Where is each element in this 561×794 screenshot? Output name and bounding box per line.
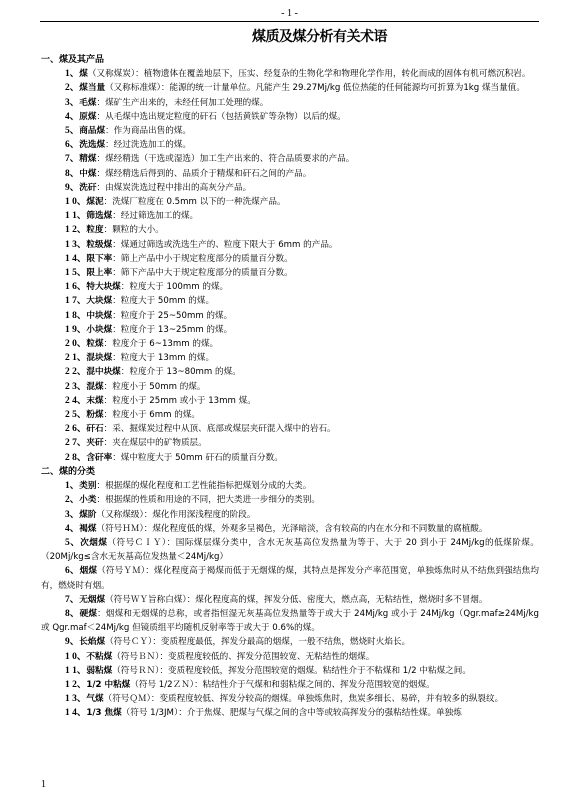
term-label: 大块煤 [86,296,112,306]
term-definition: ：根据煤的性质和用途的不同，把大类进一步细分的类别。 [96,495,319,505]
term-definition: ：粒度大于 13mm 的煤。 [112,353,214,363]
definition-item: 2、小类：根据煤的性质和用途的不同，把大类进一步细分的类别。 [41,493,539,507]
term-definition: （符号ＣＩＹ）：国际煤层煤分类中，含水无灰基高位发热量为等于、大于 20 到小于… [41,538,539,562]
term-definition: ：根据煤的煤化程度和工艺性能指标把煤划分成的大类。 [96,481,311,491]
term-definition: ：煤经精选（干选或湿选）加工生产出来的、符合品质要求的产品。 [96,154,354,164]
item-number: 1、 [65,481,79,491]
page-header-number: - 1 - [40,8,539,20]
item-number: 2 7、 [65,438,86,448]
term-definition: ：粒度大于 50mm 的煤。 [112,296,214,306]
document-body: 一、煤及其产品1、煤（又称煤炭）：植物遗体在覆盖地层下，压实、经复杂的生物化学和… [41,53,539,721]
definition-item: 1 9、小块煤：粒度介于 13~25mm 的煤。 [41,323,539,337]
term-definition: ：由煤炭洗选过程中排出的高灰分产品。 [96,183,251,193]
definition-item: 1 2、1/2 中粘煤（符号 1/2ＺＮ）：粘结性介于气煤和和弱粘煤之间的、挥发… [41,678,539,692]
term-label: 煤当量 [79,83,105,93]
term-label: 商品煤 [79,126,105,136]
term-label: 矸石 [86,424,103,434]
item-number: 6、 [65,140,79,150]
item-number: 1 1、 [65,666,86,676]
item-number: 2 8、 [65,453,86,463]
term-definition: ：洗煤厂粒度在 0.5mm 以下的一种洗煤产品。 [104,197,286,207]
term-label: 粒级煤 [86,240,112,250]
item-number: 2、 [65,83,79,93]
document-title: 煤质及煤分析有关术语 [40,28,539,46]
term-label: 粉煤 [86,410,103,420]
item-number: 3、 [65,98,79,108]
definition-item: 1 1、弱粘煤（符号ＲＮ）：变质程度较低，挥发分范围较宽的烟煤。粘结性介于不粘煤… [41,664,539,678]
term-definition: ：粒度小于 25mm 或小于 13mm 煤。 [104,396,256,406]
definition-item: 9、长焰煤（符号ＣＹ）：变质程度最低，挥发分最高的烟煤，一般不结焦，燃烧时火焰长… [41,635,539,649]
item-number: 9、 [65,637,79,647]
term-label: 混煤 [86,382,103,392]
definition-item: 6、洗选煤：经过洗选加工的煤。 [41,138,539,152]
item-number: 1 3、 [65,240,86,250]
term-label: 小块煤 [86,325,112,335]
item-number: 1 4、 [65,708,86,718]
term-definition: ：煤中粒度大于 50mm 矸石的质量百分数。 [112,453,283,463]
term-label: 特大块煤 [86,282,120,292]
term-label: 小类 [79,495,96,505]
item-number: 3、 [65,510,79,520]
term-label: 类别 [79,481,96,491]
item-number: 2 2、 [65,367,86,377]
term-label: 弱粘煤 [86,666,112,676]
definition-item: 4、褐煤（符号ＨＭ）：煤化程度低的煤，外观多呈褐色，光泽暗淡，含有较高的内在水分… [41,522,539,536]
definition-item: 1 0、煤泥：洗煤厂粒度在 0.5mm 以下的一种洗煤产品。 [41,195,539,209]
term-definition: ：煤通过筛选或洗选生产的、粒度下限大于 6mm 的产品。 [112,240,337,250]
term-label: 粒度 [86,225,103,235]
item-number: 1 2、 [65,225,86,235]
term-label: 限上率 [86,268,112,278]
item-number: 1 1、 [65,211,86,221]
term-label: 不粘煤 [86,652,112,662]
item-number: 2 3、 [65,382,86,392]
term-definition: （符号ＷＹ旨称白煤）：煤化程度高的煤，挥发分低、密度大，燃点高，无粘结性，燃烧时… [105,595,487,605]
item-number: 1 5、 [65,268,86,278]
term-definition: ：煤矿生产出来的，未经任何加工处理的煤。 [96,98,268,108]
section-heading: 一、煤及其产品 [41,53,539,67]
item-number: 9、 [65,183,79,193]
term-label: 混中块煤 [86,367,120,377]
term-definition: ：经过筛选加工的煤。 [112,211,198,221]
term-label: 烟煤 [80,566,98,576]
definition-item: 8、中煤：煤经精选后得到的、品质介于精煤和矸石之间的产品。 [41,167,539,181]
definition-item: 1 2、粒度：颗粒的大小。 [41,223,539,237]
term-definition: （符号ＱＭ）：变质程度较低、挥发分较高的烟煤。单独炼焦时，焦炭多细长、易碎，并有… [104,694,504,704]
item-number: 6、 [65,566,80,576]
item-number: 8、 [65,169,79,179]
term-definition: ：颗粒的大小。 [104,225,164,235]
term-definition: ：筛下产品中大于规定粒度部分的质量百分数。 [112,268,292,278]
term-label: 夹矸 [86,438,103,448]
definition-item: 1 1、筛选煤：经过筛选加工的煤。 [41,209,539,223]
item-number: 4、 [65,112,79,122]
definition-item: 2 7、夹矸：夹在煤层中的矿物质层。 [41,436,539,450]
term-label: 次烟煤 [80,538,107,548]
term-definition: （符号ＣＹ）：变质程度最低，挥发分最高的烟煤，一般不结焦，燃烧时火焰长。 [105,637,410,647]
item-number: 1 4、 [65,254,86,264]
definition-item: 7、精煤：煤经精选（干选或湿选）加工生产出来的、符合品质要求的产品。 [41,152,539,166]
term-definition: ：从毛煤中选出规定粒度的矸石（包括黄铁矿等杂物）以后的煤。 [96,112,345,122]
definition-item: 1 7、大块煤：粒度大于 50mm 的煤。 [41,294,539,308]
term-definition: （符号ＹＭ）：煤化程度高于褐煤而低于无烟煤的煤，其特点是挥发分产率范围宽，单独炼… [41,566,539,590]
term-definition: ：粒度介于 25~50mm 的煤。 [112,311,232,321]
term-label: 煤阶 [79,510,96,520]
term-label: 1/2 中粘煤 [86,680,130,690]
item-number: 1 3、 [65,694,86,704]
term-definition: ：粒度小于 50mm 的煤。 [104,382,206,392]
definition-item: 2 1、混块煤：粒度大于 13mm 的煤。 [41,351,539,365]
item-number: 2 1、 [65,353,86,363]
term-label: 无烟煤 [79,595,105,605]
term-label: 中块煤 [86,311,112,321]
term-definition: （符号 1/3JM）：介于焦煤、肥煤与气煤之间的含中等或较高挥发分的强粘结性煤。… [122,708,462,718]
term-definition: （符号ＢＮ）：变质程度较低的、挥发分范围较宽、无粘结性的烟煤。 [112,652,374,662]
term-definition: ：作为商品出售的煤。 [105,126,191,136]
definition-item: 2 8、含矸率：煤中粒度大于 50mm 矸石的质量百分数。 [41,451,539,465]
definition-item: 7、无烟煤（符号ＷＹ旨称白煤）：煤化程度高的煤，挥发分低、密度大，燃点高，无粘结… [41,593,539,607]
term-label: 洗矸 [79,183,96,193]
header-rule [40,21,539,22]
item-number: 5、 [65,126,79,136]
definition-item: 6、烟煤（符号ＹＭ）：煤化程度高于褐煤而低于无烟煤的煤，其特点是挥发分产率范围宽… [41,564,539,592]
term-definition: ：经过洗选加工的煤。 [105,140,191,150]
item-number: 2 6、 [65,424,86,434]
definition-item: 1、煤（又称煤炭）：植物遗体在覆盖地层下，压实、经复杂的生物化学和物理化学作用，… [41,67,539,81]
term-definition: ：粒度小于 6mm 的煤。 [104,410,200,420]
term-label: 煤 [79,69,88,79]
definition-item: 1 3、气煤（符号ＱＭ）：变质程度较低、挥发分较高的烟煤。单独炼焦时，焦炭多细长… [41,692,539,706]
item-number: 1 0、 [65,652,86,662]
definition-item: 3、毛煤：煤矿生产出来的，未经任何加工处理的煤。 [41,96,539,110]
definition-item: 2 2、混中块煤：粒度介于 13~80mm 的煤。 [41,365,539,379]
term-label: 毛煤 [79,98,96,108]
section-heading: 二、煤的分类 [41,465,539,479]
term-definition: ：采、掘煤炭过程中从顶、底部或煤层夹矸混入煤中的岩石。 [104,424,336,434]
term-label: 中煤 [79,169,96,179]
term-label: 筛选煤 [86,211,112,221]
term-definition: ：夹在煤层中的矿物质层。 [104,438,207,448]
term-label: 洗选煤 [79,140,105,150]
term-definition: （符号ＨＭ）：煤化程度低的煤，外观多呈褐色，光泽暗淡，含有较高的内在水分和不同数… [96,524,487,534]
definition-item: 1 0、不粘煤（符号ＢＮ）：变质程度较低的、挥发分范围较宽、无粘结性的烟煤。 [41,650,539,664]
definition-item: 1 3、粒级煤：煤通过筛选或洗选生产的、粒度下限大于 6mm 的产品。 [41,238,539,252]
item-number: 2 5、 [65,410,86,420]
definition-item: 2 5、粉煤：粒度小于 6mm 的煤。 [41,408,539,422]
item-number: 1 6、 [65,282,86,292]
term-definition: （符号ＲＮ）：变质程度较低，挥发分范围较宽的烟煤。粘结性介于不粘煤和 1/2 中… [112,666,471,676]
item-number: 2 4、 [65,396,86,406]
term-definition: ：烟煤和无烟煤的总称，或者指恒湿无灰基高位发热量等于或大于 24Mj/kg 或小… [41,609,539,633]
definition-item: 1 5、限上率：筛下产品中大于规定粒度部分的质量百分数。 [41,266,539,280]
term-label: 煤泥 [86,197,103,207]
term-definition: ：粒度大于 100mm 的煤。 [121,282,228,292]
item-number: 1 8、 [65,311,86,321]
term-definition: （又称煤级）：煤化作用深浅程度的阶段。 [96,510,255,520]
definition-item: 3、煤阶（又称煤级）：煤化作用深浅程度的阶段。 [41,508,539,522]
term-label: 褐煤 [79,524,96,534]
item-number: 8、 [65,609,80,619]
item-number: 2 0、 [65,339,86,349]
item-number: 1 2、 [65,680,86,690]
term-definition: （又称煤炭）：植物遗体在覆盖地层下，压实、经复杂的生物化学和物理化学作用，转化而… [88,69,531,79]
definition-item: 8、硬煤：烟煤和无烟煤的总称，或者指恒湿无灰基高位发热量等于或大于 24Mj/k… [41,607,539,635]
definition-item: 2 3、混煤：粒度小于 50mm 的煤。 [41,380,539,394]
term-label: 末煤 [86,396,103,406]
definition-item: 9、洗矸：由煤炭洗选过程中排出的高灰分产品。 [41,181,539,195]
item-number: 7、 [65,154,79,164]
definition-item: 2、煤当量（又称标准煤）：能源的统一计量单位。凡能产生 29.27Mj/kg 低… [41,81,539,95]
term-label: 含矸率 [86,453,112,463]
definition-item: 5、商品煤：作为商品出售的煤。 [41,124,539,138]
term-definition: （又称标准煤）：能源的统一计量单位。凡能产生 29.27Mj/kg 低位热能的任… [105,83,525,93]
term-definition: ：粒度介于 13~25mm 的煤。 [112,325,232,335]
definition-item: 1 6、特大块煤：粒度大于 100mm 的煤。 [41,280,539,294]
term-definition: （符号 1/2ＺＮ）：粘结性介于气煤和和弱粘煤之间的、挥发分范围较宽的烟煤。 [130,680,434,690]
definition-item: 1 4、限下率：筛上产品中小于规定粒度部分的质量百分数。 [41,252,539,266]
item-number: 1、 [65,69,79,79]
item-number: 2、 [65,495,79,505]
term-definition: ：筛上产品中小于规定粒度部分的质量百分数。 [112,254,292,264]
item-number: 1 9、 [65,325,86,335]
definition-item: 1 8、中块煤：粒度介于 25~50mm 的煤。 [41,309,539,323]
item-number: 1 0、 [65,197,86,207]
page-footer-number: 1 [41,779,46,790]
term-label: 精煤 [79,154,96,164]
definition-item: 2 0、粒煤：粒度介于 6~13mm 的煤。 [41,337,539,351]
term-label: 1/3 焦煤 [86,708,121,718]
item-number: 7、 [65,595,79,605]
term-definition: ：粒度介于 13~80mm 的煤。 [121,367,241,377]
term-label: 混块煤 [86,353,112,363]
term-definition: ：煤经精选后得到的、品质介于精煤和矸石之间的产品。 [96,169,311,179]
item-number: 1 7、 [65,296,86,306]
term-label: 长焰煤 [79,637,105,647]
term-label: 原煤 [79,112,96,122]
definition-item: 1 4、1/3 焦煤（符号 1/3JM）：介于焦煤、肥煤与气煤之间的含中等或较高… [41,706,539,720]
definition-item: 1、类别：根据煤的煤化程度和工艺性能指标把煤划分成的大类。 [41,479,539,493]
item-number: 5、 [65,538,80,548]
item-number: 4、 [65,524,79,534]
term-label: 硬煤 [80,609,98,619]
definition-item: 4、原煤：从毛煤中选出规定粒度的矸石（包括黄铁矿等杂物）以后的煤。 [41,110,539,124]
term-label: 粒煤 [86,339,103,349]
definition-item: 2 6、矸石：采、掘煤炭过程中从顶、底部或煤层夹矸混入煤中的岩石。 [41,422,539,436]
term-definition: ：粒度介于 6~13mm 的煤。 [104,339,219,349]
term-label: 气煤 [86,694,103,704]
term-label: 限下率 [86,254,112,264]
definition-item: 5、次烟煤（符号ＣＩＹ）：国际煤层煤分类中，含水无灰基高位发热量为等于、大于 2… [41,536,539,564]
definition-item: 2 4、末煤：粒度小于 25mm 或小于 13mm 煤。 [41,394,539,408]
